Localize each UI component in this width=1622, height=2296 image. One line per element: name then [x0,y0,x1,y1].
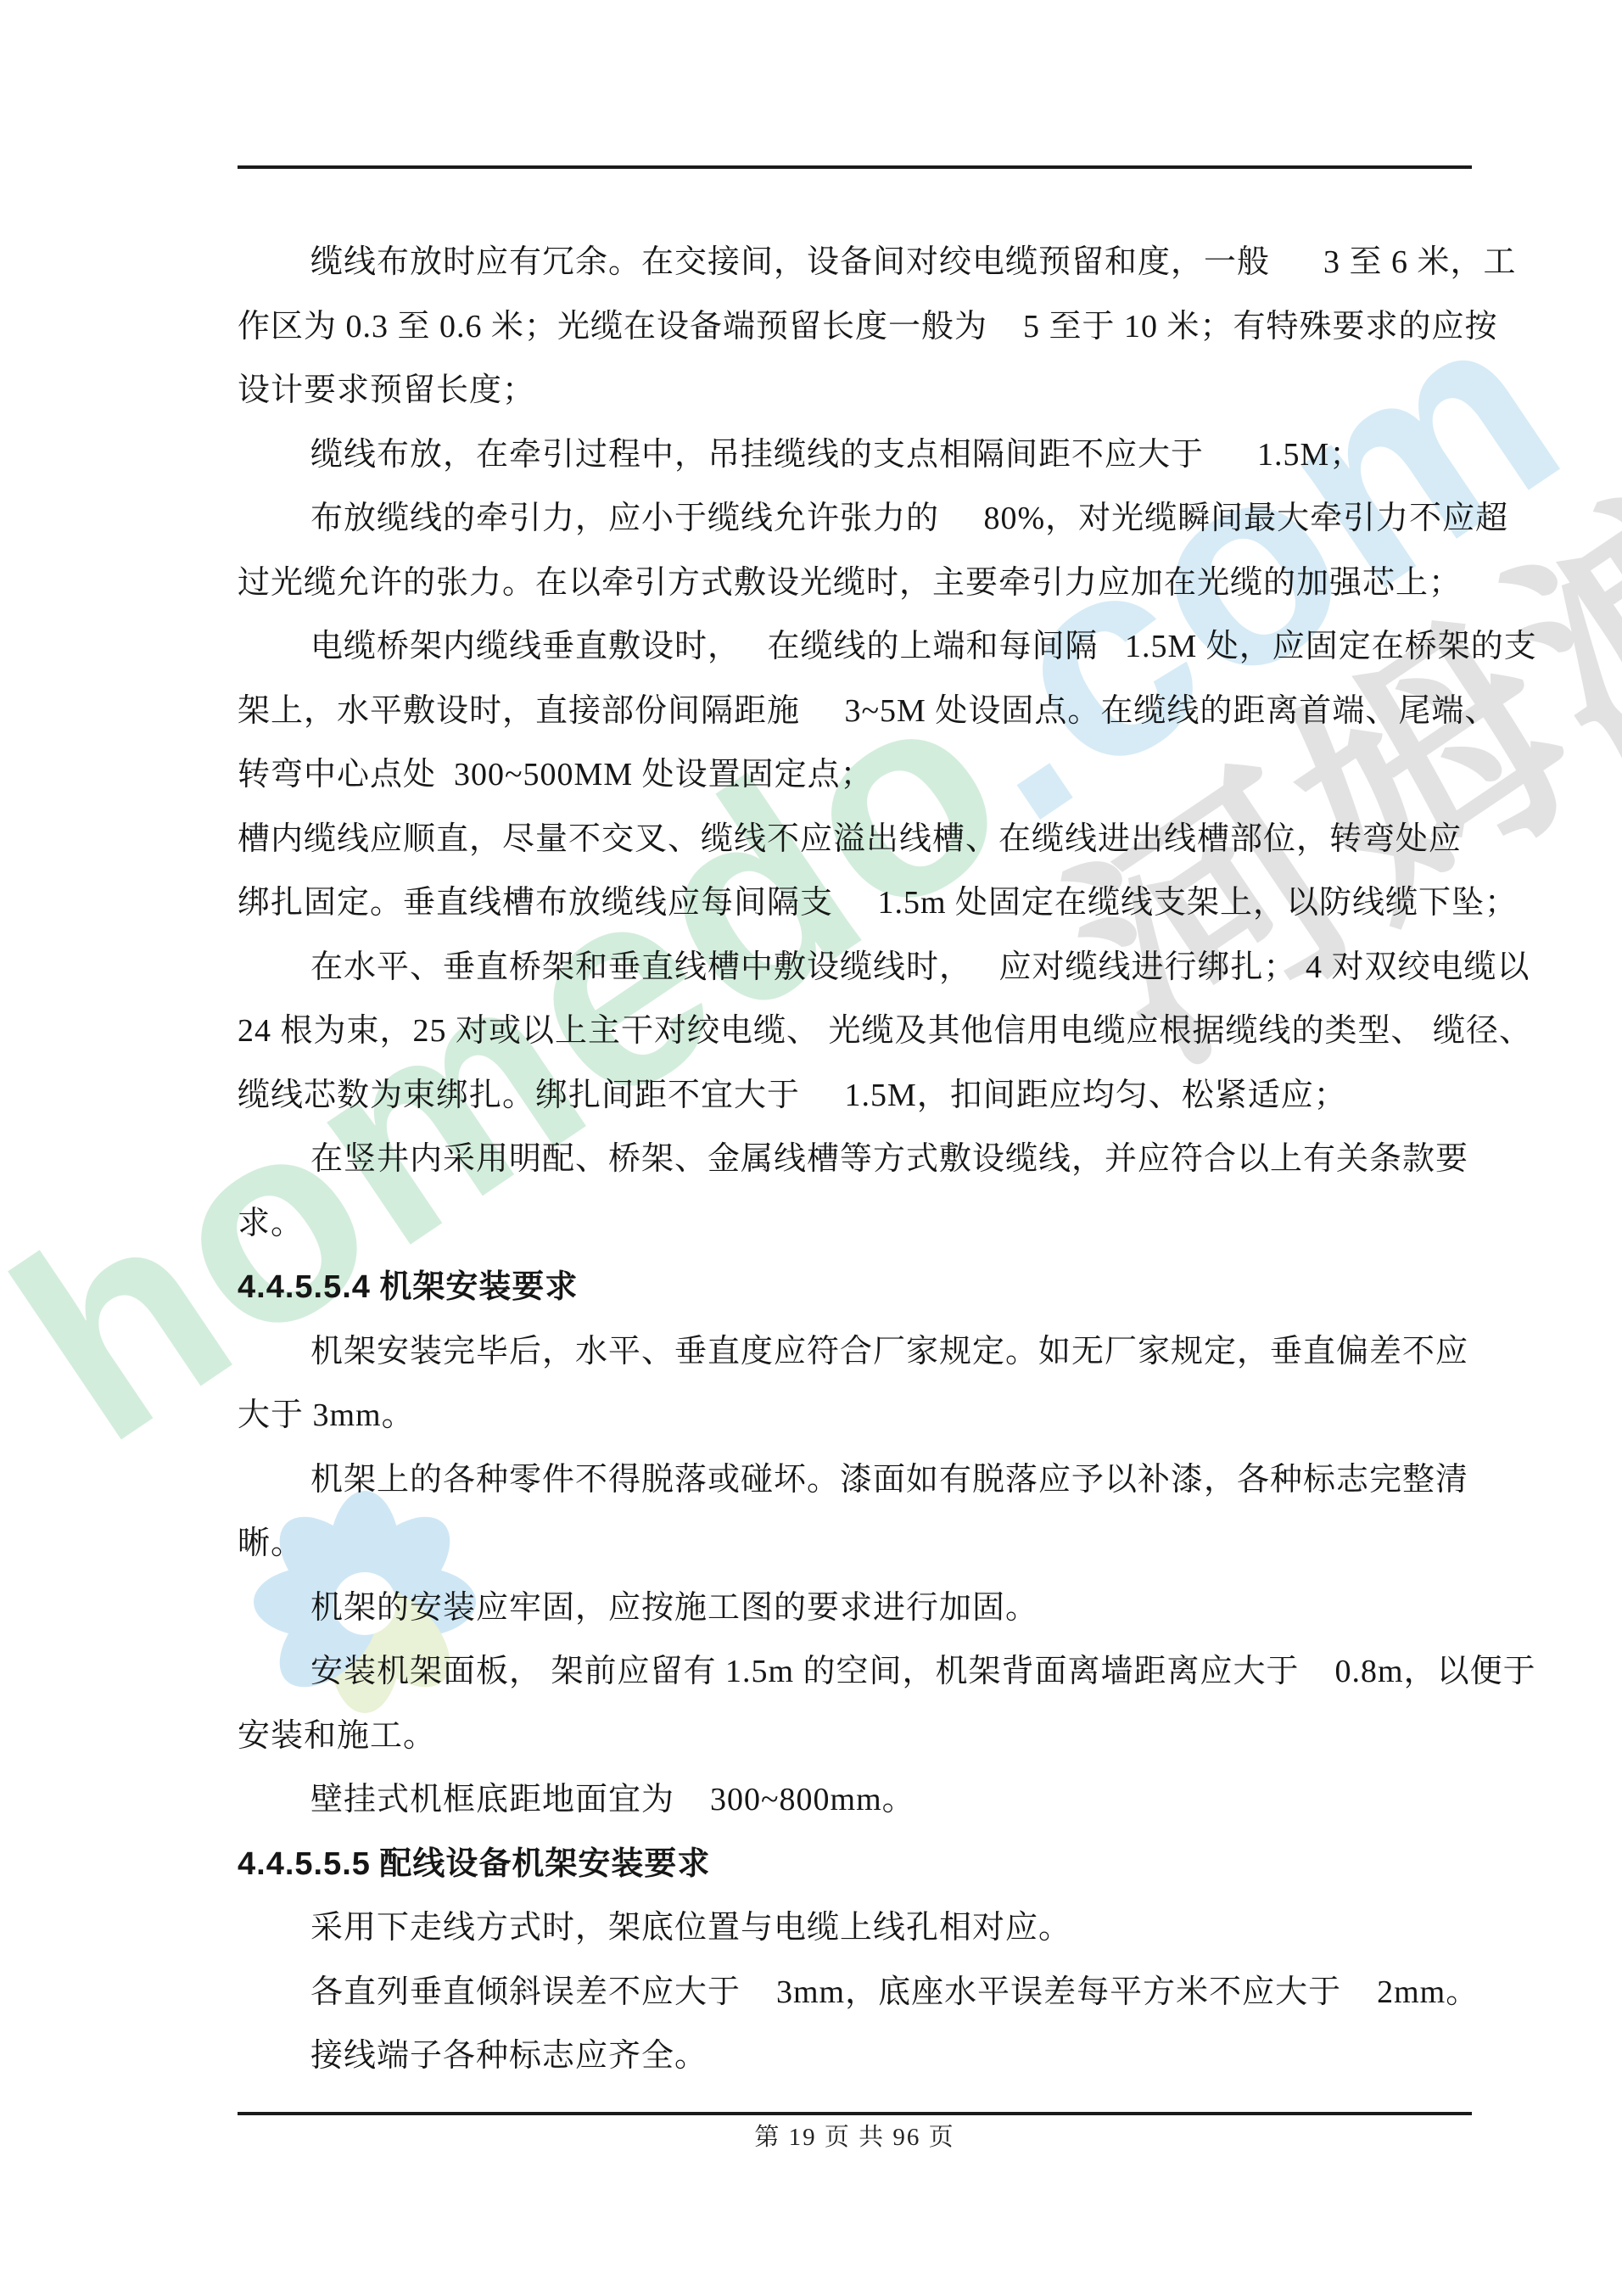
text-line: 在水平、垂直桥架和垂直线槽中敷设缆线时， 应对缆线进行绑扎； 4 对双绞电缆以 [238,936,1493,1000]
text-line: 作区为 0.3 至 0.6 米；光缆在设备端预留长度一般为 5 至于 10 米；… [238,295,1493,360]
text-line: 槽内缆线应顺直，尽量不交叉、缆线不应溢出线槽、在缆线进出线槽部位，转弯处应 [238,808,1493,872]
text-line: 转弯中心点处 300~500MM 处设置固定点； [238,743,1493,808]
text-line: 缆线布放时应有冗余。在交接间，设备间对绞电缆预留和度，一般 3 至 6 米，工 [238,231,1493,295]
document-page: homedo.com 河姆渡 缆线布放时应有冗余。在交接间，设备间对绞电缆预留和… [0,0,1622,2296]
heading-title: 配线设备机架安装要求 [371,1846,711,1882]
text-line: 缆线芯数为束绑扎。绑扎间距不宜大于 1.5M，扣间距应均匀、松紧适应； [238,1064,1493,1128]
text-line: 安装机架面板， 架前应留有 1.5m 的空间，机架背面离墙距离应大于 0.8m，… [238,1640,1493,1705]
text-line: 壁挂式机框底距地面宜为 300~800mm。 [238,1768,1493,1833]
text-line: 绑扎固定。垂直线槽布放缆线应每间隔支 1.5m 处固定在缆线支架上，以防线缆下坠… [238,871,1493,936]
text-line: 布放缆线的牵引力，应小于缆线允许张力的 80%，对光缆瞬间最大牵引力不应超 [238,487,1493,552]
page-number: 第 19 页 共 96 页 [238,2118,1472,2153]
text-line: 架上，水平敷设时，直接部份间隔距施 3~5M 处设固点。在缆线的距离首端、尾端、 [238,680,1493,744]
heading-number: 4.4.5.5.4 [238,1269,371,1305]
heading-line: 4.4.5.5.5 配线设备机架安装要求 [238,1833,1493,1897]
text-line: 求。 [238,1192,1493,1257]
text-line: 过光缆允许的张力。在以牵引方式敷设光缆时，主要牵引力应加在光缆的加强芯上； [238,552,1493,616]
text-body: 缆线布放时应有冗余。在交接间，设备间对绞电缆预留和度，一般 3 至 6 米，工作… [238,231,1493,2089]
text-line: 大于 3mm。 [238,1384,1493,1448]
text-line: 各直列垂直倾斜误差不应大于 3mm，底座水平误差每平方米不应大于 2mm。 [238,1961,1493,2025]
heading-title: 机架安装要求 [371,1269,579,1305]
text-line: 接线端子各种标志应齐全。 [238,2024,1493,2089]
text-line: 机架上的各种零件不得脱落或碰坏。漆面如有脱落应予以补漆，各种标志完整清 [238,1448,1493,1513]
text-line: 设计要求预留长度； [238,359,1493,423]
text-line: 在竖井内采用明配、桥架、金属线槽等方式敷设缆线，并应符合以上有关条款要 [238,1128,1493,1192]
text-line: 机架安装完毕后，水平、垂直度应符合厂家规定。如无厂家规定，垂直偏差不应 [238,1320,1493,1385]
text-line: 安装和施工。 [238,1705,1493,1769]
heading-number: 4.4.5.5.5 [238,1846,371,1882]
footer-rule [238,2112,1472,2115]
text-line: 电缆桥架内缆线垂直敷设时， 在缆线的上端和每间隔 1.5M 处，应固定在桥架的支 [238,615,1493,680]
header-rule [238,165,1472,169]
heading-line: 4.4.5.5.4 机架安装要求 [238,1256,1493,1320]
text-line: 晰。 [238,1512,1493,1576]
text-line: 缆线布放，在牵引过程中，吊挂缆线的支点相隔间距不应大于 1.5M； [238,423,1493,488]
text-line: 24 根为束，25 对或以上主干对绞电缆、 光缆及其他信用电缆应根据缆线的类型、… [238,1000,1493,1064]
text-line: 采用下走线方式时，架底位置与电缆上线孔相对应。 [238,1896,1493,1961]
text-line: 机架的安装应牢固，应按施工图的要求进行加固。 [238,1576,1493,1641]
